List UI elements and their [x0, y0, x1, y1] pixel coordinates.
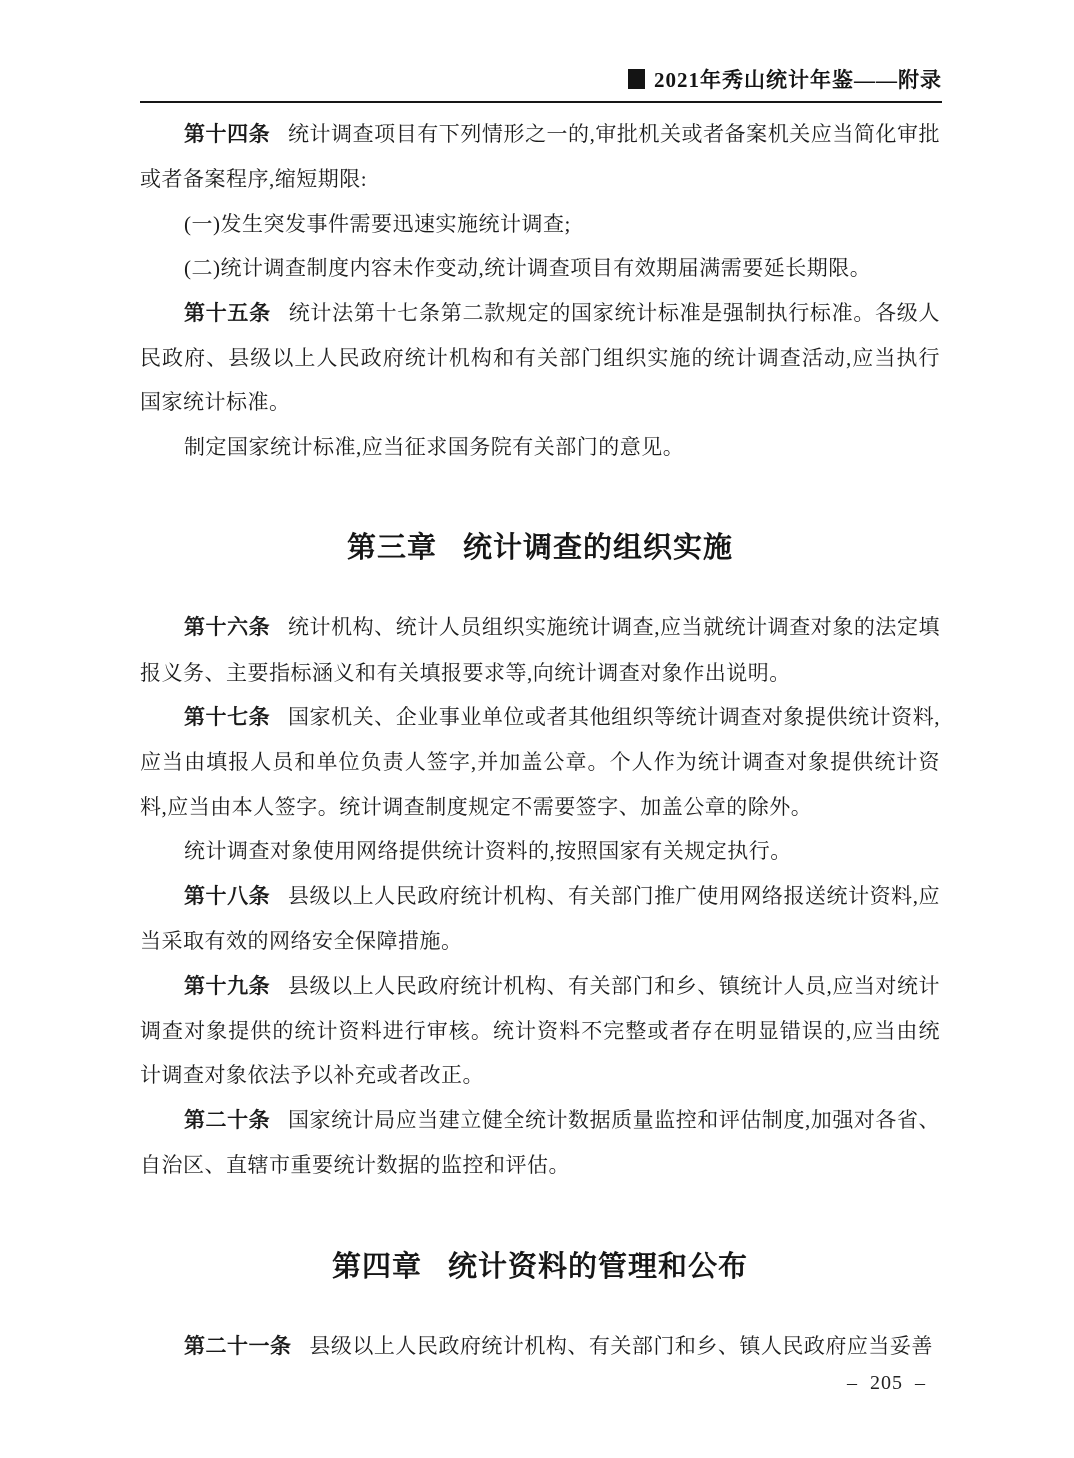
body-paragraph: 第二十条国家统计局应当建立健全统计数据质量监控和评估制度,加强对各省、自治区、直…	[140, 1098, 940, 1188]
body-paragraph: 第十八条县级以上人民政府统计机构、有关部门推广使用网络报送统计资料,应当采取有效…	[140, 874, 940, 964]
folio-dash-right: –	[909, 1372, 932, 1394]
body-paragraph: (一)发生突发事件需要迅速实施统计调查;	[140, 202, 940, 246]
paragraph-text: (一)发生突发事件需要迅速实施统计调查;	[184, 212, 571, 236]
article-number-lead: 第二十一条	[184, 1335, 292, 1358]
article-number-lead: 第十九条	[184, 975, 270, 998]
chapter-heading: 第四章统计资料的管理和公布	[140, 1242, 940, 1292]
body-paragraph: 第十四条统计调查项目有下列情形之一的,审批机关或者备案机关应当简化审批或者备案程…	[140, 112, 940, 202]
paragraph-text: 制定国家统计标准,应当征求国务院有关部门的意见。	[184, 435, 684, 459]
chapter-heading: 第三章统计调查的组织实施	[140, 523, 940, 573]
page-footer: –205–	[841, 1372, 932, 1395]
chapter-number: 第三章	[347, 532, 437, 564]
article-number-lead: 第十六条	[184, 616, 270, 639]
body-paragraph: 第十五条统计法第十七条第二款规定的国家统计标准是强制执行标准。各级人民政府、县级…	[140, 291, 940, 425]
article-number-lead: 第十八条	[184, 885, 270, 908]
article-number-lead: 第十七条	[184, 706, 270, 729]
black-square-icon	[628, 69, 645, 89]
document-body: 第十四条统计调查项目有下列情形之一的,审批机关或者备案机关应当简化审批或者备案程…	[140, 112, 940, 1369]
paragraph-text: 县级以上人民政府统计机构、有关部门和乡、镇人民政府应当妥善	[309, 1334, 933, 1358]
article-number-lead: 第二十条	[184, 1109, 270, 1132]
document-page: 2021年秀山统计年鉴——附录 第十四条统计调查项目有下列情形之一的,审批机关或…	[0, 0, 1074, 1458]
body-paragraph: 统计调查对象使用网络提供统计资料的,按照国家有关规定执行。	[140, 829, 940, 873]
paragraph-text: 统计调查对象使用网络提供统计资料的,按照国家有关规定执行。	[184, 839, 792, 863]
body-paragraph: 第二十一条县级以上人民政府统计机构、有关部门和乡、镇人民政府应当妥善	[140, 1324, 940, 1369]
body-paragraph: (二)统计调查制度内容未作变动,统计调查项目有效期届满需要延长期限。	[140, 246, 940, 290]
body-paragraph: 第十六条统计机构、统计人员组织实施统计调查,应当就统计调查对象的法定填报义务、主…	[140, 605, 940, 695]
folio-dash-left: –	[841, 1372, 864, 1394]
article-number-lead: 第十五条	[184, 302, 271, 325]
body-paragraph: 第十七条国家机关、企业事业单位或者其他组织等统计调查对象提供统计资料,应当由填报…	[140, 695, 940, 829]
chapter-title: 统计资料的管理和公布	[448, 1251, 748, 1283]
body-paragraph: 第十九条县级以上人民政府统计机构、有关部门和乡、镇统计人员,应当对统计调查对象提…	[140, 964, 940, 1098]
body-paragraph: 制定国家统计标准,应当征求国务院有关部门的意见。	[140, 425, 940, 469]
running-header: 2021年秀山统计年鉴——附录	[140, 64, 942, 103]
chapter-number: 第四章	[332, 1251, 422, 1283]
paragraph-text: (二)统计调查制度内容未作变动,统计调查项目有效期届满需要延长期限。	[184, 256, 871, 280]
header-title: 2021年秀山统计年鉴——附录	[654, 64, 942, 94]
chapter-title: 统计调查的组织实施	[463, 532, 733, 564]
article-number-lead: 第十四条	[184, 123, 270, 146]
page-number: 205	[864, 1372, 909, 1394]
